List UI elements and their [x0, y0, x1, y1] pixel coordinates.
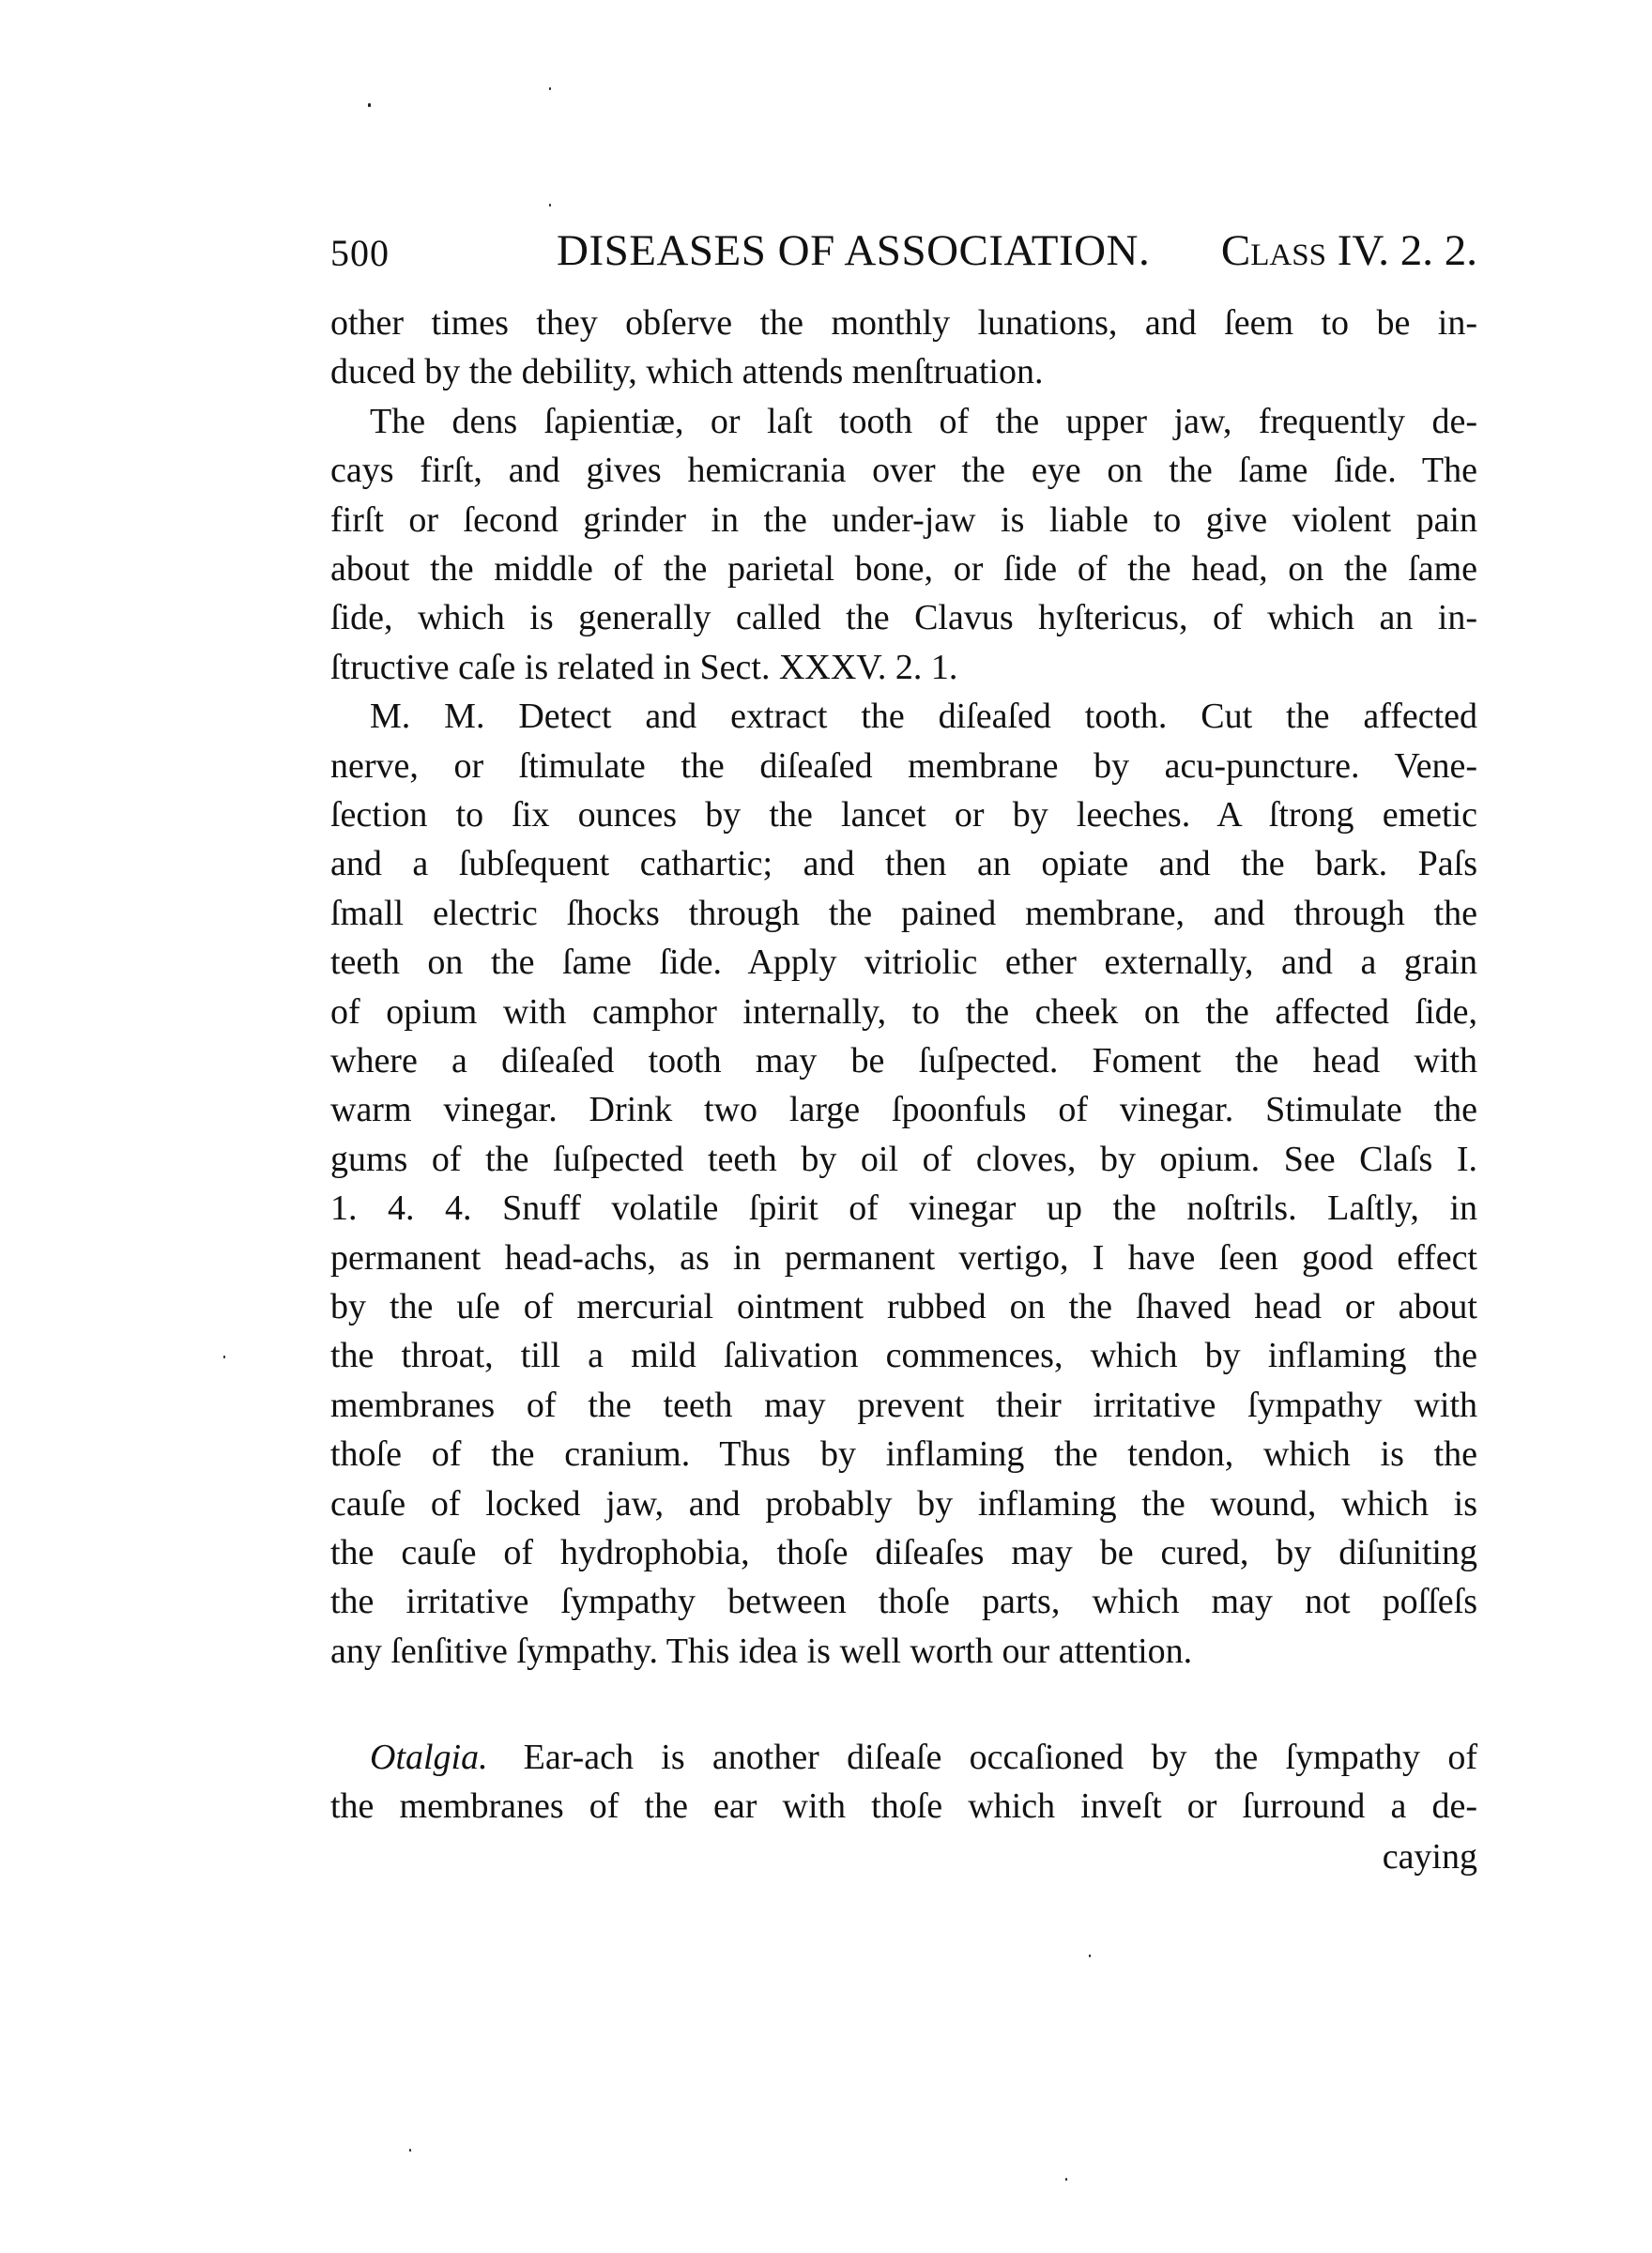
- text-line: ſmall electric ſhocks through the pained…: [330, 889, 1477, 938]
- otalgia-term: Otalgia.: [370, 1738, 488, 1777]
- text-line: membranes of the teeth may prevent their…: [330, 1381, 1477, 1430]
- scan-speck: [223, 1356, 225, 1358]
- text-line: cays firſt, and gives hemicrania over th…: [330, 446, 1477, 495]
- text-line: M. M. Detect and extract the diſeaſed to…: [330, 692, 1477, 741]
- text-line: the membranes of the ear with thoſe whic…: [330, 1782, 1477, 1831]
- otalgia-paragraph-start: Otalgia. Ear-ach is another diſeaſe occa…: [330, 1733, 1477, 1782]
- scan-speck: [368, 103, 371, 107]
- text-line: thoſe of the cranium. Thus by inflaming …: [330, 1430, 1477, 1479]
- text-line: The dens ſapientiæ, or laſt tooth of the…: [330, 397, 1477, 446]
- class-number: IV. 2. 2.: [1338, 226, 1477, 275]
- text-line: and a ſubſequent cathartic; and then an …: [330, 839, 1477, 888]
- scan-speck: [1065, 2178, 1067, 2181]
- scan-speck: [549, 204, 551, 207]
- text-line: ſection to ſix ounces by the lancet or b…: [330, 790, 1477, 839]
- text-line: nerve, or ſtimulate the diſeaſed membran…: [330, 742, 1477, 790]
- text-line: teeth on the ſame ſide. Apply vitriolic …: [330, 938, 1477, 987]
- text-line: ſide, which is generally called the Clav…: [330, 593, 1477, 642]
- text-line: permanent head-achs, as in permanent ver…: [330, 1234, 1477, 1282]
- text-line: any ſenſitive ſympathy. This idea is wel…: [330, 1627, 1477, 1676]
- text-line: cauſe of locked jaw, and probably by inf…: [330, 1479, 1477, 1528]
- text-line: the irritative ſympathy between thoſe pa…: [330, 1577, 1477, 1626]
- catchword: caying: [330, 1832, 1477, 1881]
- page-number: 500: [330, 231, 390, 275]
- scan-speck: [549, 87, 551, 90]
- running-head: 500 DISEASES OF ASSOCIATION. Class IV. 2…: [330, 223, 1477, 276]
- text-line: duced by the debility, which attends men…: [330, 347, 1477, 396]
- text-line: ſtructive caſe is related in Sect. XXXV.…: [330, 643, 1477, 692]
- text-line: gums of the ſuſpected teeth by oil of cl…: [330, 1135, 1477, 1184]
- text-line: other times they obſerve the monthly lun…: [330, 299, 1477, 347]
- text-line: firſt or ſecond grinder in the under-jaw…: [330, 496, 1477, 544]
- class-label: Class: [1221, 226, 1326, 275]
- book-page: 500 DISEASES OF ASSOCIATION. Class IV. 2…: [0, 0, 1652, 2253]
- chapter-title: DISEASES OF ASSOCIATION.: [557, 225, 1150, 276]
- otalgia-text: Ear-ach is another diſeaſe occaſioned by…: [524, 1738, 1477, 1777]
- text-line: where a diſeaſed tooth may be ſuſpected.…: [330, 1036, 1477, 1085]
- text-line: 1. 4. 4. Snuff volatile ſpirit of vinega…: [330, 1184, 1477, 1233]
- scan-speck: [409, 2149, 411, 2152]
- text-line: the throat, till a mild ſalivation comme…: [330, 1331, 1477, 1380]
- text-line: of opium with camphor internally, to the…: [330, 988, 1477, 1036]
- scan-speck: [1089, 1954, 1091, 1957]
- text-line: about the middle of the parietal bone, o…: [330, 544, 1477, 593]
- class-reference: Class IV. 2. 2.: [1221, 225, 1477, 276]
- text-line: warm vinegar. Drink two large ſpoonfuls …: [330, 1085, 1477, 1134]
- text-line: by the uſe of mercurial ointment rubbed …: [330, 1282, 1477, 1331]
- text-line: the cauſe of hydrophobia, thoſe diſeaſes…: [330, 1528, 1477, 1577]
